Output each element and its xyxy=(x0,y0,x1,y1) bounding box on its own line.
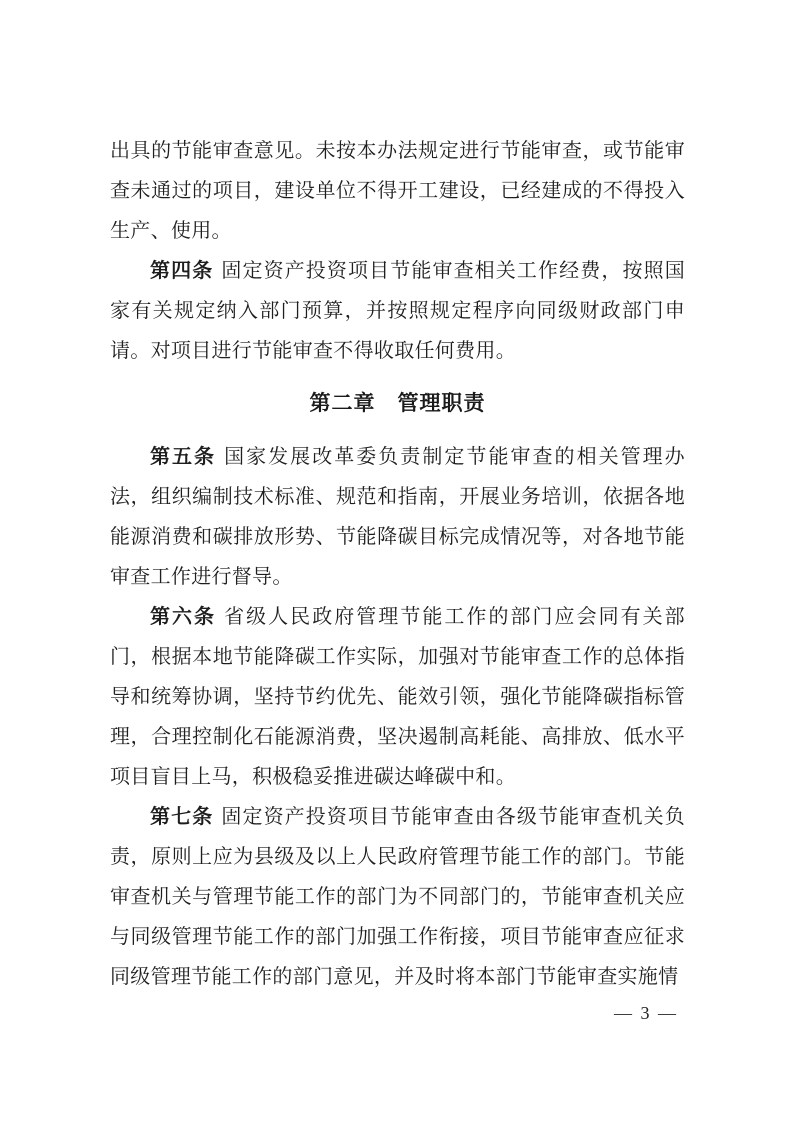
article-5-label: 第五条 xyxy=(150,446,224,468)
article-4-label: 第四条 xyxy=(150,260,221,282)
paragraph-continuation-text: 出具的节能审查意见。未按本办法规定进行节能审查，或节能审查未通过的项目，建设单位… xyxy=(110,140,685,242)
paragraph-continuation: 出具的节能审查意见。未按本办法规定进行节能审查，或节能审查未通过的项目，建设单位… xyxy=(110,131,685,251)
document-page: 出具的节能审查意见。未按本办法规定进行节能审查，或节能审查未通过的项目，建设单位… xyxy=(0,0,794,1123)
paragraph-article-5: 第五条国家发展改革委负责制定节能审查的相关管理办法，组织编制技术标准、规范和指南… xyxy=(110,437,685,597)
document-body: 出具的节能审查意见。未按本办法规定进行节能审查，或节能审查未通过的项目，建设单位… xyxy=(0,0,794,1024)
chapter-2-heading: 第二章 管理职责 xyxy=(110,384,685,424)
paragraph-article-6: 第六条省级人民政府管理节能工作的部门应会同有关部门，根据本地节能降碳工作实际，加… xyxy=(110,597,685,797)
page-number: — 3 — xyxy=(110,1003,685,1024)
paragraph-article-4: 第四条固定资产投资项目节能审查相关工作经费，按照国家有关规定纳入部门预算，并按照… xyxy=(110,251,685,371)
article-7-text: 固定资产投资项目节能审查由各级节能审查机关负责，原则上应为县级及以上人民政府管理… xyxy=(110,806,685,988)
paragraph-article-7: 第七条固定资产投资项目节能审查由各级节能审查机关负责，原则上应为县级及以上人民政… xyxy=(110,797,685,997)
article-7-label: 第七条 xyxy=(150,806,221,828)
article-6-text: 省级人民政府管理节能工作的部门应会同有关部门，根据本地节能降碳工作实际，加强对节… xyxy=(110,606,685,788)
article-6-label: 第六条 xyxy=(150,606,224,628)
